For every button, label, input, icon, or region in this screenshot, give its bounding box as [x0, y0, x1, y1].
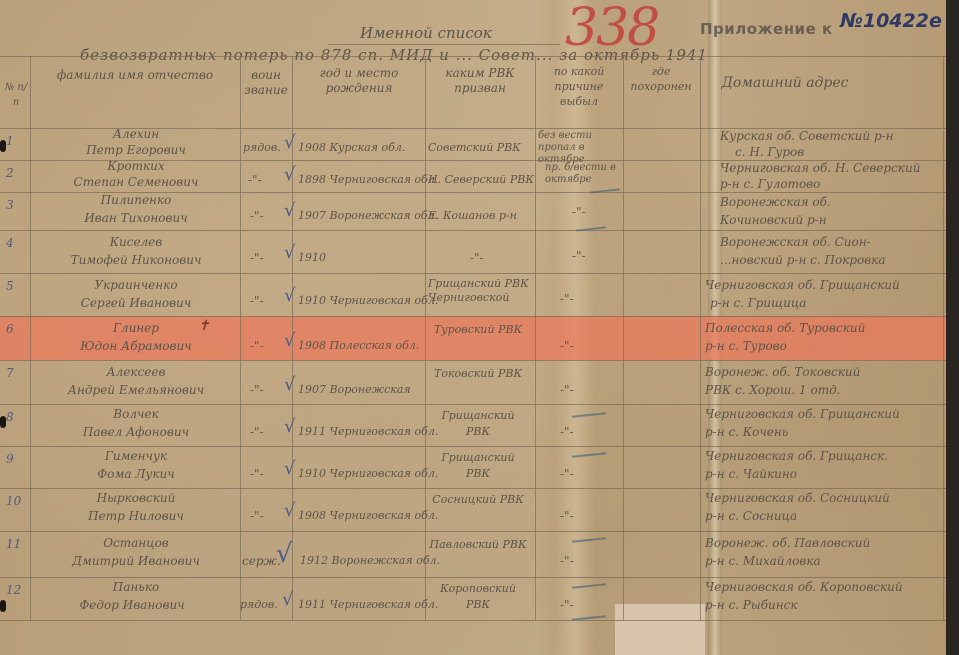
- address-line-2: р-н с. Сосница: [705, 508, 797, 524]
- address-line-2: р-н с. Кочень: [705, 424, 788, 440]
- address-line-2: ...новский р-н с. Покровка: [720, 252, 886, 268]
- table-row: 7 Алексеев Андрей Емельянович -"- √ 1907…: [0, 360, 946, 404]
- reason: -"-: [560, 597, 574, 613]
- rank: рядов.: [243, 140, 281, 156]
- address-line-2: РВК с. Хорош. 1 отд.: [705, 382, 841, 398]
- row-number: 9: [6, 452, 32, 466]
- given-names: Петр Нилович: [32, 508, 240, 524]
- column-header-buried: где похоронен: [625, 64, 697, 94]
- rvk: Е. Кошанов р-н: [428, 208, 517, 224]
- rvk: Грищанский РВК: [428, 408, 528, 440]
- rank: -"-: [250, 424, 264, 440]
- rvk: Н. Северский РВК: [428, 172, 534, 188]
- table-row: 10 Нырковский Петр Нилович -"- √ 1908 Че…: [0, 488, 946, 531]
- reason: -"-: [560, 466, 574, 482]
- check-mark-icon: √: [284, 242, 295, 263]
- address-line-1: Полесская об. Туровский: [705, 320, 865, 336]
- address-line-2: р-н с. Турово: [705, 338, 787, 354]
- surname: Украинченко: [32, 277, 240, 293]
- table-row: 8 Волчек Павел Афонович -"- √ 1911 Черни…: [0, 404, 946, 446]
- given-names: Сергей Иванович: [32, 295, 240, 311]
- rvk: Павловский РВК: [428, 537, 528, 553]
- rank: -"-: [248, 172, 262, 188]
- rank: -"-: [250, 208, 264, 224]
- birth-year-place: 1908 Полесская обл.: [298, 338, 419, 354]
- given-names: Степан Семенович: [32, 174, 240, 190]
- rvk: Туровский РВК: [428, 322, 528, 338]
- check-mark-icon: √: [284, 200, 295, 221]
- address-line-2: р-н с. Грищица: [710, 295, 806, 311]
- attachment-stamp: Приложение к: [700, 20, 833, 38]
- check-mark-icon: √: [284, 500, 295, 521]
- check-mark-icon: √: [284, 416, 295, 437]
- table-row: 3 Пилипенко Иван Тихонович -"- √ 1907 Во…: [0, 192, 946, 230]
- address-line-1: Черниговская об. Короповский: [705, 579, 903, 595]
- check-mark-icon: √: [276, 539, 293, 569]
- table-row: 5 Украинченко Сергей Иванович -"- √ 1910…: [0, 273, 946, 316]
- check-mark-icon: √: [284, 132, 295, 153]
- check-mark-icon: √: [282, 589, 293, 610]
- birth-year-place: 1907 Воронежская: [298, 382, 411, 398]
- table-row: 1 Алехин Петр Егорович рядов. √ 1908 Кур…: [0, 128, 946, 160]
- given-names: Тимофей Никонович: [32, 252, 240, 268]
- birth-year-place: 1910 Черниговская обл.: [298, 466, 438, 482]
- birth-year-place: 1911 Черниговская обл.: [298, 424, 438, 440]
- address-line-1: Курская об. Советский р-н: [720, 128, 894, 144]
- reason: -"-: [560, 382, 574, 398]
- column-header-rvk: каким РВК призван: [428, 66, 532, 96]
- address-line-1: Черниговская об. Н. Северский: [720, 160, 920, 176]
- surname: Пилипенко: [32, 192, 240, 208]
- column-header-reason: по какой причине выбыл: [538, 64, 620, 109]
- address-line-2: с. Н. Гуров: [735, 144, 804, 160]
- rank: -"-: [250, 466, 264, 482]
- table-row: 4 Киселев Тимофей Никонович -"- √ 1910 -…: [0, 230, 946, 273]
- check-mark-icon: √: [284, 458, 295, 479]
- reason: -"-: [572, 204, 586, 220]
- surname: Панько: [32, 579, 240, 595]
- address-line-1: Воронежская об.: [720, 194, 831, 210]
- table-row: 2 Кротких Степан Семенович -"- √ 1898 Че…: [0, 160, 946, 192]
- check-mark-icon: √: [284, 164, 295, 185]
- birth-year-place: 1911 Черниговская обл.: [298, 597, 438, 613]
- archive-red-number: 338: [565, 0, 658, 58]
- page-edge-shadow: [946, 0, 959, 655]
- check-mark-icon: √: [284, 285, 295, 306]
- address-line-1: Черниговская об. Сосницкий: [705, 490, 890, 506]
- reason: -"-: [560, 338, 574, 354]
- row-number: 3: [6, 198, 32, 212]
- row-number: 5: [6, 279, 32, 293]
- birth-year-place: 1907 Воронежская обл.: [298, 208, 438, 224]
- birth-year-place: 1910 Черниговская обл.: [298, 293, 438, 309]
- check-mark-icon: √: [284, 374, 295, 395]
- table-row: 12 Панько Федор Иванович рядов. √ 1911 Ч…: [0, 577, 946, 620]
- address-line-1: Воронеж. об. Токовский: [705, 364, 860, 380]
- address-line-1: Черниговская об. Грищанский: [705, 277, 900, 293]
- address-line-1: Черниговская об. Грищанский: [705, 406, 900, 422]
- address-line-1: Воронежская об. Сион-: [720, 234, 871, 250]
- rank: -"-: [250, 250, 264, 266]
- address-line-2: р-н с. Рыбинск: [705, 597, 798, 613]
- rvk: Грищанский РВК Черниговской: [428, 277, 532, 305]
- rank: рядов.: [240, 597, 278, 613]
- reason: -"-: [572, 248, 586, 264]
- rvk: Токовский РВК: [428, 366, 528, 382]
- address-line-2: р-н с. Чайкино: [705, 466, 797, 482]
- column-header-number: № п/п: [2, 80, 30, 110]
- given-names: Юдон Абрамович: [32, 338, 240, 354]
- given-names: Андрей Емельянович: [32, 382, 240, 398]
- surname: Гименчук: [32, 448, 240, 464]
- row-number: 10: [6, 494, 32, 508]
- rank: -"-: [250, 338, 264, 354]
- rvk: Советский РВК: [428, 140, 521, 156]
- surname: Алехин: [32, 126, 240, 142]
- surname: Киселев: [32, 234, 240, 250]
- row-number: 4: [6, 236, 32, 250]
- address-line-1: Черниговская об. Грищанск.: [705, 448, 888, 464]
- birth-year-place: 1910: [298, 250, 326, 266]
- reason: -"-: [560, 291, 574, 307]
- reason: -"-: [560, 508, 574, 524]
- surname: Нырковский: [32, 490, 240, 506]
- birth-year-place: 1912 Воронежская обл.: [300, 553, 440, 569]
- given-names: Дмитрий Иванович: [32, 553, 240, 569]
- given-names: Павел Афонович: [32, 424, 240, 440]
- given-names: Фома Лукич: [32, 466, 240, 482]
- row-number: 1: [6, 134, 32, 148]
- document-title: Именной список: [360, 24, 492, 42]
- table-row: 11 Останцов Дмитрий Иванович серж. √ 191…: [0, 531, 946, 577]
- row-number: 12: [6, 583, 32, 597]
- rvk: -"-: [470, 250, 484, 266]
- surname: Алексеев: [32, 364, 240, 380]
- check-mark-icon: √: [284, 330, 295, 351]
- table-row-highlighted: 6 Глинер ✝ Юдон Абрамович -"- √ 1908 Пол…: [0, 316, 946, 360]
- cross-mark-icon: ✝: [198, 318, 210, 334]
- given-names: Федор Иванович: [32, 597, 232, 613]
- address-line-2: р-н с. Гулотово: [720, 176, 820, 192]
- row-number: 7: [6, 366, 32, 380]
- table-row: 9 Гименчук Фома Лукич -"- √ 1910 Черниго…: [0, 446, 946, 488]
- document-number: №10422е: [840, 10, 942, 32]
- rank: -"-: [250, 508, 264, 524]
- address-line-2: р-н с. Михайловка: [705, 553, 821, 569]
- row-number: 8: [6, 410, 32, 424]
- rvk: Короповский РВК: [428, 581, 528, 613]
- reason: -"-: [560, 553, 574, 569]
- given-names: Петр Егорович: [32, 142, 240, 158]
- surname: Кротких: [32, 158, 240, 174]
- address-line-1: Воронеж. об. Павловский: [705, 535, 870, 551]
- surname: Волчек: [32, 406, 240, 422]
- address-line-2: Кочиновский р-н: [720, 212, 827, 228]
- rvk: Сосницкий РВК: [428, 492, 528, 508]
- birth-year-place: 1908 Черниговская обл.: [298, 508, 438, 524]
- scanned-document-page: Именной список безвозвратных потерь по 8…: [0, 0, 959, 655]
- row-number: 11: [6, 537, 32, 551]
- column-header-name: фамилия имя отчество: [50, 68, 220, 83]
- row-number: 6: [6, 322, 32, 336]
- reason: пр. б/вести в октябре: [545, 162, 623, 186]
- birth-year-place: 1898 Черниговская обл.: [298, 172, 438, 188]
- rank: -"-: [250, 382, 264, 398]
- rvk: Грищанский РВК: [428, 450, 528, 482]
- surname: Останцов: [32, 535, 240, 551]
- row-number: 2: [6, 166, 32, 180]
- given-names: Иван Тихонович: [32, 210, 240, 226]
- column-header-birth: год и место рождения: [296, 66, 422, 96]
- column-header-rank: воин звание: [242, 68, 290, 98]
- reason: -"-: [560, 424, 574, 440]
- rank: -"-: [250, 293, 264, 309]
- column-header-address: Домашний адрес: [720, 76, 850, 91]
- birth-year-place: 1908 Курская обл.: [298, 140, 405, 156]
